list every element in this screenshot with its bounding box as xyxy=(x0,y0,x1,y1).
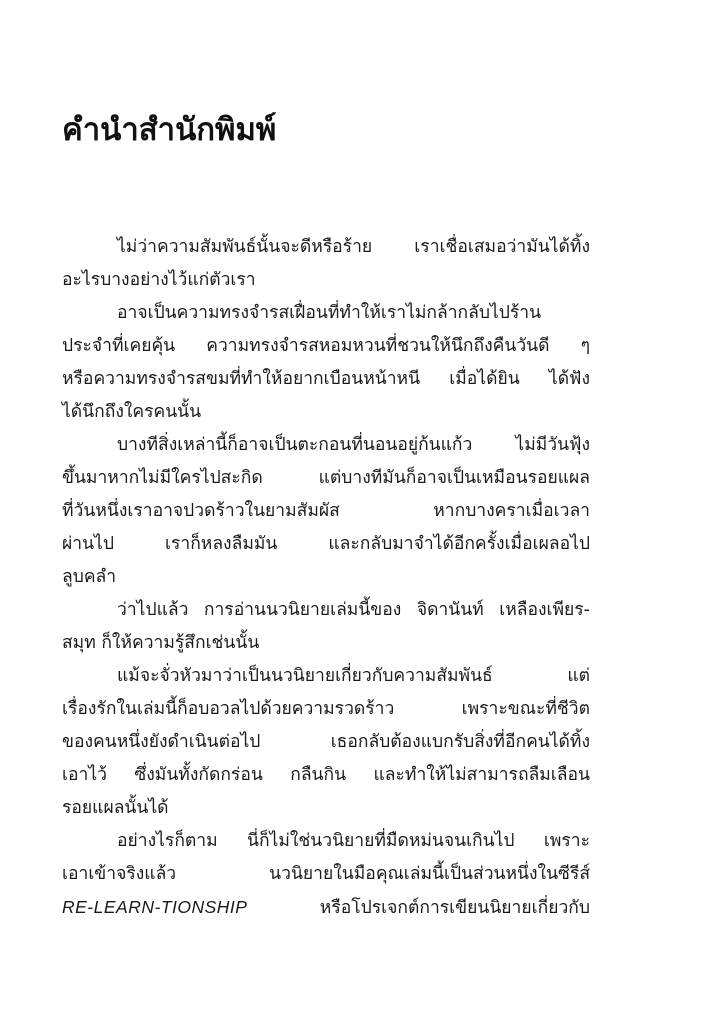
text-line: เรื่องรักในเล่มนี้ก็อบอวลไปด้วยความรวดร้… xyxy=(62,694,590,724)
text-line: ลูบคลำ xyxy=(62,562,590,592)
text-line: ไม่ว่าความสัมพันธ์นั้นจะดีหรือร้าย เราเช… xyxy=(117,232,590,262)
text-line: ประจำที่เคยคุ้น ความทรงจำรสหอมหวนที่ชวนใ… xyxy=(62,331,590,361)
text-line: ได้นึกถึงใครคนนั้น xyxy=(62,397,590,427)
text-line: ว่าไปแล้ว การอ่านนวนิยายเล่มนี้ของ จิดาน… xyxy=(117,595,590,625)
text-line: อาจเป็นความทรงจำรสเฝื่อนที่ทำให้เราไม่กล… xyxy=(117,298,590,328)
text-line: อะไรบางอย่างไว้แก่ตัวเรา xyxy=(62,265,590,295)
text-line: สมุท ก็ให้ความรู้สึกเช่นนั้น xyxy=(62,628,590,658)
text-line: ที่วันหนึ่งเราอาจปวดร้าวในยามสัมผัส หากบ… xyxy=(62,496,590,526)
text-line: บางทีสิ่งเหล่านี้ก็อาจเป็นตะกอนที่นอนอยู… xyxy=(117,430,590,460)
page-title: คำนำสำนักพิมพ์ xyxy=(62,104,276,154)
final-line-rest: หรือโปรเจกต์การเขียนนิยายเกี่ยวกับ xyxy=(247,898,590,918)
series-name: RE-LEARN-TIONSHIP xyxy=(62,897,247,917)
book-page: คำนำสำนักพิมพ์ ไม่ว่าความสัมพันธ์นั้นจะด… xyxy=(0,0,711,1024)
text-line: ขึ้นมาหากไม่มีใครไปสะกิด แต่บางทีมันก็อา… xyxy=(62,463,590,493)
text-line-final: RE-LEARN-TIONSHIP หรือโปรเจกต์การเขียนนิ… xyxy=(62,892,590,922)
text-line: ของคนหนึ่งยังดำเนินต่อไป เธอกลับต้องแบกร… xyxy=(62,727,590,757)
text-line: เอาไว้ ซึ่งมันทั้งกัดกร่อน กลืนกิน และทำ… xyxy=(62,760,590,790)
text-line: เอาเข้าจริงแล้ว นวนิยายในมือคุณเล่มนี้เป… xyxy=(62,859,590,889)
text-line: รอยแผลนั้นได้ xyxy=(62,793,590,823)
text-line: แม้จะจั่วหัวมาว่าเป็นนวนิยายเกี่ยวกับควา… xyxy=(117,661,590,691)
text-line: ผ่านไป เราก็หลงลืมมัน และกลับมาจำได้อีกค… xyxy=(62,529,590,559)
text-line: อย่างไรก็ตาม นี่ก็ไม่ใช่นวนิยายที่มืดหม่… xyxy=(117,826,590,856)
text-line: หรือความทรงจำรสขมที่ทำให้อยากเบือนหน้าหน… xyxy=(62,364,590,394)
